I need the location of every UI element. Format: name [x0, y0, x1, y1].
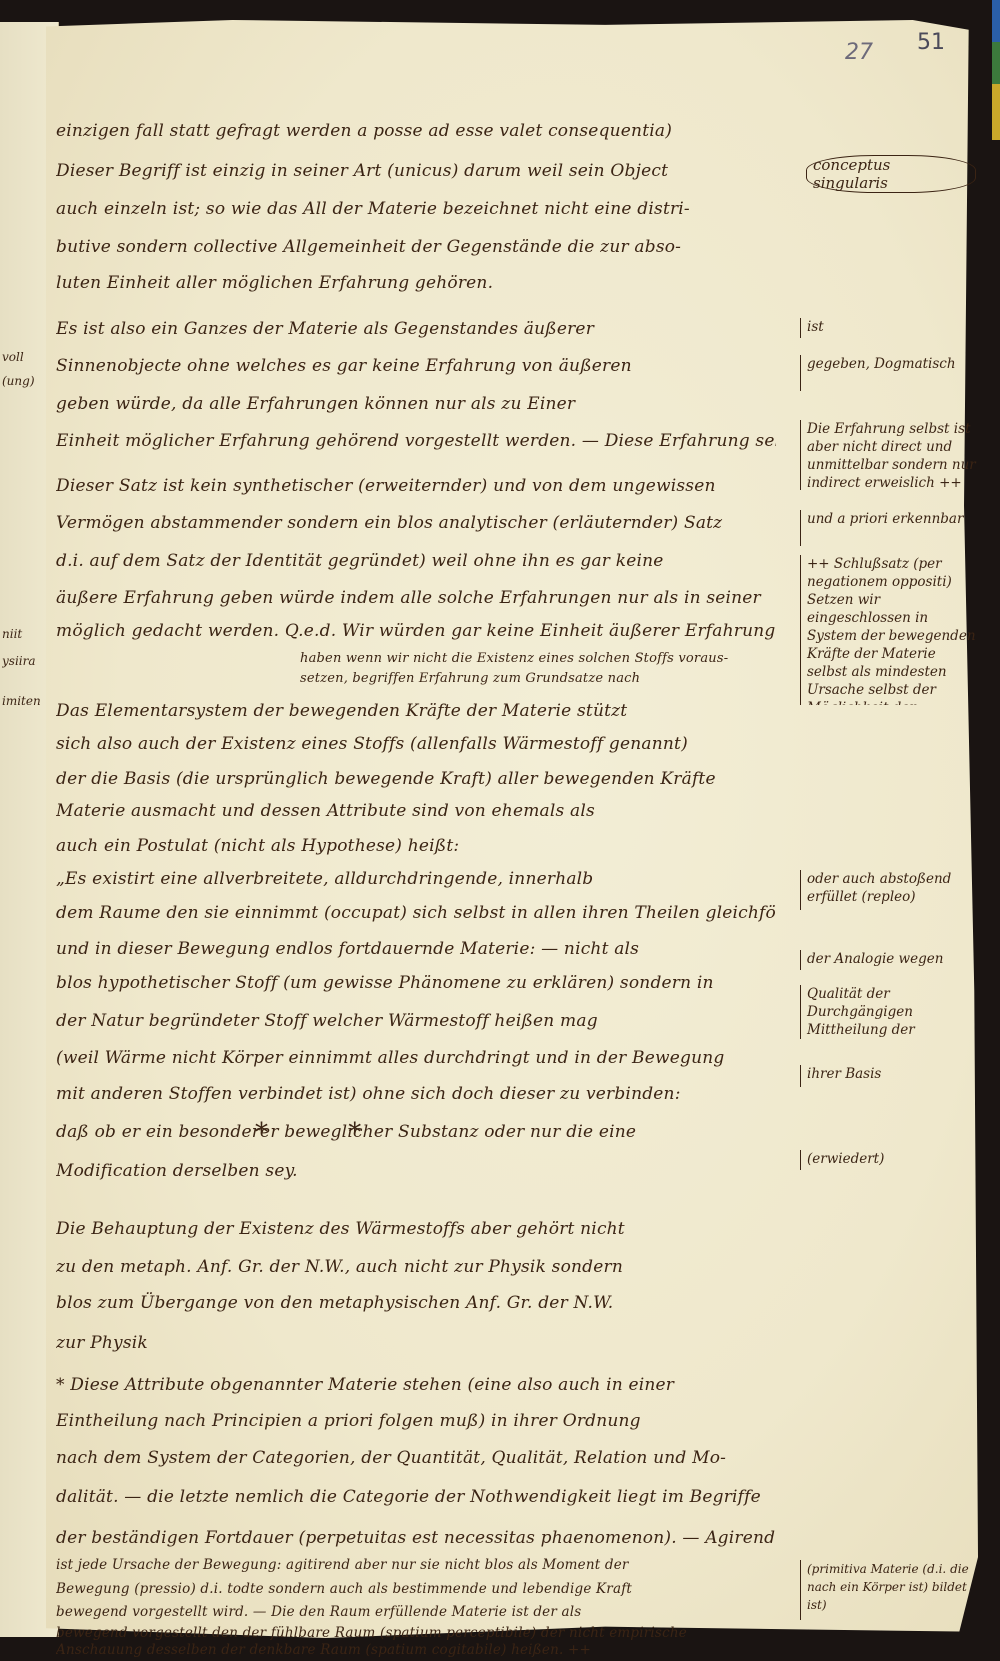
manuscript-line: der Natur begründeter Stoff welcher Wärm…: [56, 1010, 776, 1032]
manuscript-line: ist jede Ursache der Bewegung: agitirend…: [56, 1556, 776, 1574]
margin-note: ist: [800, 318, 977, 338]
manuscript-line: auch einzeln ist; so wie das All der Mat…: [56, 198, 776, 220]
manuscript-line: einzigen fall statt gefragt werden a pos…: [56, 120, 776, 142]
ink-folio-number: 51: [917, 30, 945, 55]
manuscript-line: auch ein Postulat (nicht als Hypothese) …: [56, 835, 776, 857]
manuscript-line: bewegend vorgestellt wird. — Die den Rau…: [56, 1603, 776, 1621]
manuscript-line: blos hypothetischer Stoff (um gewisse Ph…: [56, 972, 776, 994]
margin-note-text: ist: [807, 319, 824, 335]
margin-note: und a priori erkennbar: [800, 510, 977, 546]
manuscript-line: sich also auch der Existenz eines Stoffs…: [56, 733, 776, 755]
margin-note-text: oder auch abstoßend erfüllet (repleo): [807, 871, 951, 905]
manuscript-line: der die Basis (die ursprünglich bewegend…: [56, 768, 776, 790]
manuscript-line: d.i. auf dem Satz der Identität gegründe…: [56, 550, 776, 572]
margin-note-text: (primitiva Materie (d.i. die nach ein Kö…: [807, 1562, 969, 1612]
manuscript-line: Bewegung (pressio) d.i. todte sondern au…: [56, 1580, 776, 1598]
margin-note-text: Qualität der Durchgängigen Mittheilung d…: [807, 986, 915, 1039]
manuscript-line: Die Behauptung der Existenz des Wärmesto…: [56, 1218, 776, 1240]
manuscript-line: zu den metaph. Anf. Gr. der N.W., auch n…: [56, 1256, 776, 1278]
margin-note: (erwiedert): [800, 1150, 977, 1170]
margin-note-text: und a priori erkennbar: [807, 511, 963, 527]
manuscript-line: und in dieser Bewegung endlos fortdauern…: [56, 938, 776, 960]
margin-note: ihrer Basis: [800, 1065, 977, 1087]
margin-note: ++ Schlußsatz (per negationem oppositi) …: [800, 555, 977, 705]
margin-note-text: Die Erfahrung selbst ist aber nicht dire…: [807, 421, 976, 490]
manuscript-line: äußere Erfahrung geben würde indem alle …: [56, 587, 776, 609]
manuscript-line: nach dem System der Categorien, der Quan…: [56, 1447, 776, 1469]
manuscript-line: daß ob er ein besonderer beweglicher Sub…: [56, 1121, 776, 1143]
margin-note: oder auch abstoßend erfüllet (repleo): [800, 870, 977, 910]
color-calibration-strip: [992, 0, 1000, 140]
section-break: * *: [255, 1118, 397, 1148]
margin-note: (primitiva Materie (d.i. die nach ein Kö…: [800, 1560, 977, 1620]
manuscript-line: möglich gedacht werden. Q.e.d. Wir würde…: [56, 620, 776, 642]
manuscript-line: Anschauung desselben der denkbare Raum (…: [56, 1641, 776, 1659]
manuscript-line: setzen, begriffen Erfahrung zum Grundsat…: [300, 668, 780, 690]
manuscript-line: Eintheilung nach Principien a priori fol…: [56, 1410, 776, 1432]
manuscript-line: mit anderen Stoffen verbindet ist) ohne …: [56, 1083, 776, 1105]
pencil-folio-number: 27: [845, 40, 873, 65]
manuscript-line: Modification derselben sey.: [56, 1160, 776, 1182]
margin-note: conceptus singularis: [800, 155, 976, 199]
margin-note-text: ++ Schlußsatz (per negationem oppositi) …: [807, 556, 976, 705]
margin-note: Die Erfahrung selbst ist aber nicht dire…: [800, 420, 977, 490]
manuscript-line: dem Raume den sie einnimmt (occupat) sic…: [56, 902, 776, 924]
margin-note: Qualität der Durchgängigen Mittheilung d…: [800, 985, 977, 1039]
manuscript-line: Materie ausmacht und dessen Attribute si…: [56, 800, 776, 822]
manuscript-line: haben wenn wir nicht die Existenz eines …: [300, 648, 780, 670]
margin-note-text: conceptus singularis: [806, 155, 976, 193]
manuscript-scan: voll (ung) niit ysiira imiten 27 51 einz…: [0, 0, 1000, 1661]
manuscript-line: Dieser Satz ist kein synthetischer (erwe…: [56, 475, 776, 497]
manuscript-line: zur Physik: [56, 1332, 776, 1354]
margin-note: der Analogie wegen: [800, 950, 977, 970]
manuscript-line: Dieser Begriff ist einzig in seiner Art …: [56, 160, 776, 182]
manuscript-line: Vermögen abstammender sondern ein blos a…: [56, 512, 776, 534]
manuscript-line: dalität. — die letzte nemlich die Catego…: [56, 1486, 776, 1508]
margin-note-text: ihrer Basis: [807, 1066, 881, 1082]
manuscript-line: geben würde, da alle Erfahrungen können …: [56, 393, 776, 415]
manuscript-line: Das Elementarsystem der bewegenden Kräft…: [56, 700, 776, 722]
manuscript-line: Einheit möglicher Erfahrung gehörend vor…: [56, 430, 776, 452]
manuscript-line: bewegend vorgestellt den der fühlbare Ra…: [56, 1624, 776, 1642]
margin-note-text: (erwiedert): [807, 1151, 884, 1167]
manuscript-line: „Es existirt eine allverbreitete, alldur…: [56, 868, 776, 890]
margin-note-text: der Analogie wegen: [807, 951, 943, 967]
manuscript-line: blos zum Übergange von den metaphysische…: [56, 1292, 776, 1314]
manuscript-line: (weil Wärme nicht Körper einnimmt alles …: [56, 1047, 776, 1069]
manuscript-line: der beständigen Fortdauer (perpetuitas e…: [56, 1527, 776, 1549]
manuscript-line: * Diese Attribute obgenannter Materie st…: [56, 1374, 776, 1396]
margin-note-text: gegeben, Dogmatisch: [807, 356, 956, 372]
manuscript-line: luten Einheit aller möglichen Erfahrung …: [56, 272, 776, 294]
manuscript-line: Es ist also ein Ganzes der Materie als G…: [56, 318, 776, 340]
manuscript-line: butive sondern collective Allgemeinheit …: [56, 236, 776, 258]
manuscript-line: Sinnenobjecte ohne welches es gar keine …: [56, 355, 776, 377]
margin-note: gegeben, Dogmatisch: [800, 355, 977, 391]
